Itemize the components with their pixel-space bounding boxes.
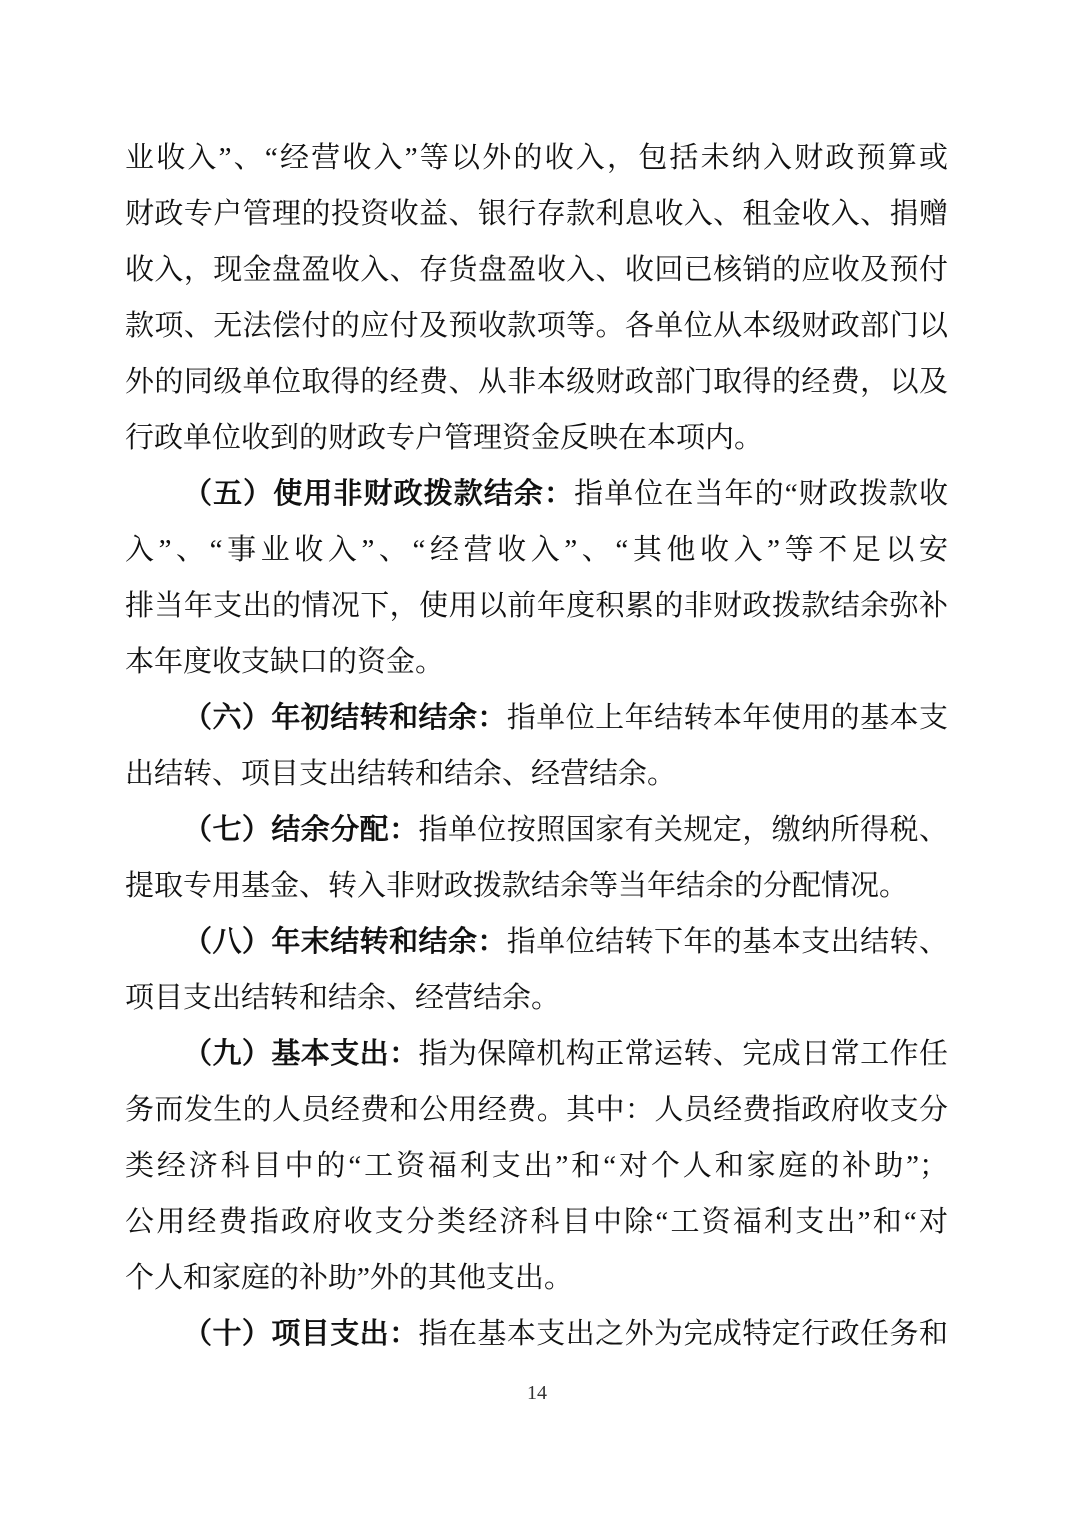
text-line: 业收入”、“经营收入”等以外的收入，包括未纳入财政预算或	[125, 130, 948, 186]
line-text: 业收入”、“经营收入”等以外的收入，包括未纳入财政预算或	[125, 142, 948, 174]
line-text: 个人和家庭的补助”外的其他支出。	[125, 1262, 573, 1294]
text-line: 行政单位收到的财政专户管理资金反映在本项内。	[125, 410, 948, 466]
text-line: （八）年末结转和结余：指单位结转下年的基本支出结转、	[125, 914, 948, 970]
line-text: 款项、无法偿付的应付及预收款项等。各单位从本级财政部门以	[125, 310, 948, 342]
term-heading-item-5: （五）使用非财政拨款结余：	[183, 478, 574, 510]
line-text: 指为保障机构正常运转、完成日常工作任	[419, 1038, 948, 1070]
line-text: 入”、“事业收入”、“经营收入”、“其他收入”等不足以安	[125, 534, 948, 566]
term-heading-item-8: （八）年末结转和结余：	[183, 926, 507, 958]
line-text: 务而发生的人员经费和公用经费。其中：人员经费指政府收支分	[125, 1094, 948, 1126]
line-text: 类经济科目中的“工资福利支出”和“对个人和家庭的补助”；	[125, 1150, 948, 1182]
text-line: 提取专用基金、转入非财政拨款结余等当年结余的分配情况。	[125, 858, 948, 914]
text-line: 出结转、项目支出结转和结余、经营结余。	[125, 746, 948, 802]
text-line: 务而发生的人员经费和公用经费。其中：人员经费指政府收支分	[125, 1082, 948, 1138]
line-text: 排当年支出的情况下，使用以前年度积累的非财政拨款结余弥补	[125, 590, 948, 622]
text-block: 业收入”、“经营收入”等以外的收入，包括未纳入财政预算或 财政专户管理的投资收益…	[125, 130, 948, 1362]
text-line: （六）年初结转和结余：指单位上年结转本年使用的基本支	[125, 690, 948, 746]
text-line: 排当年支出的情况下，使用以前年度积累的非财政拨款结余弥补	[125, 578, 948, 634]
line-text: 指在基本支出之外为完成特定行政任务和	[419, 1318, 948, 1350]
text-line: 外的同级单位取得的经费、从非本级财政部门取得的经费，以及	[125, 354, 948, 410]
text-line: （五）使用非财政拨款结余：指单位在当年的“财政拨款收	[125, 466, 948, 522]
text-line: 公用经费指政府收支分类经济科目中除“工资福利支出”和“对	[125, 1194, 948, 1250]
text-line: （十）项目支出：指在基本支出之外为完成特定行政任务和	[125, 1306, 948, 1362]
page-footer: 14	[0, 1380, 1074, 1406]
page-number: 14	[527, 1382, 547, 1404]
text-line: 款项、无法偿付的应付及预收款项等。各单位从本级财政部门以	[125, 298, 948, 354]
line-text: 指单位结转下年的基本支出结转、	[507, 926, 948, 958]
term-heading-item-6: （六）年初结转和结余：	[183, 702, 507, 734]
text-line: 入”、“事业收入”、“经营收入”、“其他收入”等不足以安	[125, 522, 948, 578]
text-line: 项目支出结转和结余、经营结余。	[125, 970, 948, 1026]
line-text: 指单位上年结转本年使用的基本支	[507, 702, 948, 734]
line-text: 提取专用基金、转入非财政拨款结余等当年结余的分配情况。	[125, 870, 908, 902]
line-text: 行政单位收到的财政专户管理资金反映在本项内。	[125, 422, 763, 454]
line-text: 出结转、项目支出结转和结余、经营结余。	[125, 758, 676, 790]
text-line: （九）基本支出：指为保障机构正常运转、完成日常工作任	[125, 1026, 948, 1082]
line-text: 外的同级单位取得的经费、从非本级财政部门取得的经费，以及	[125, 366, 948, 398]
text-line: （七）结余分配：指单位按照国家有关规定，缴纳所得税、	[125, 802, 948, 858]
term-heading-item-10: （十）项目支出：	[183, 1318, 419, 1350]
document-page: 业收入”、“经营收入”等以外的收入，包括未纳入财政预算或 财政专户管理的投资收益…	[0, 0, 1074, 1520]
line-text: 财政专户管理的投资收益、银行存款利息收入、租金收入、捐赠	[125, 198, 948, 230]
line-text: 指单位在当年的“财政拨款收	[574, 478, 948, 510]
text-line: 收入，现金盘盈收入、存货盘盈收入、收回已核销的应收及预付	[125, 242, 948, 298]
text-line: 类经济科目中的“工资福利支出”和“对个人和家庭的补助”；	[125, 1138, 948, 1194]
line-text: 项目支出结转和结余、经营结余。	[125, 982, 560, 1014]
term-heading-item-9: （九）基本支出：	[183, 1038, 419, 1070]
line-text: 指单位按照国家有关规定，缴纳所得税、	[419, 814, 948, 846]
line-text: 公用经费指政府收支分类经济科目中除“工资福利支出”和“对	[125, 1206, 948, 1238]
line-text: 本年度收支缺口的资金。	[125, 646, 444, 678]
line-text: 收入，现金盘盈收入、存货盘盈收入、收回已核销的应收及预付	[125, 254, 948, 286]
term-heading-item-7: （七）结余分配：	[183, 814, 419, 846]
text-line: 财政专户管理的投资收益、银行存款利息收入、租金收入、捐赠	[125, 186, 948, 242]
text-line: 个人和家庭的补助”外的其他支出。	[125, 1250, 948, 1306]
text-line: 本年度收支缺口的资金。	[125, 634, 948, 690]
